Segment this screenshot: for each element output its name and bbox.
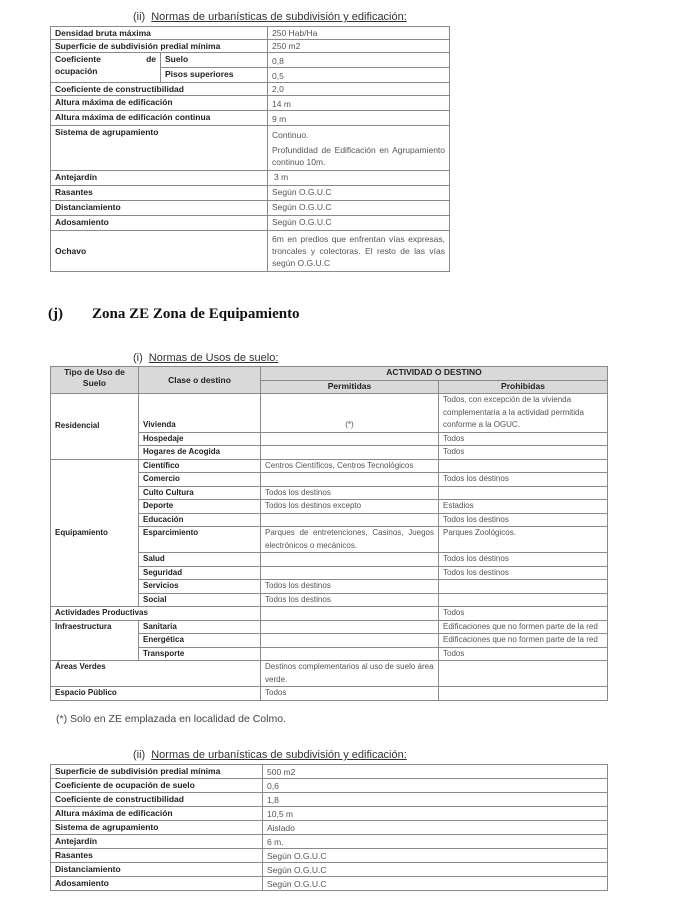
prohibidas-cell: Todos xyxy=(439,446,608,460)
footnote: (*) Solo en ZE emplazada en localidad de… xyxy=(56,713,286,725)
table-row: Equipamiento Científico Centros Científi… xyxy=(51,459,608,473)
permitidas-cell xyxy=(261,473,439,487)
row-value: 14 m xyxy=(268,96,450,111)
clase-cell: Científico xyxy=(139,459,261,473)
permitidas-cell: Centros Científicos, Centros Tecnológico… xyxy=(261,459,439,473)
table-row: Antejardín6 m. xyxy=(51,835,608,849)
sub-label: Suelo xyxy=(161,53,268,68)
value-line: Continuo. xyxy=(272,129,445,141)
section1-caption-num: (ii) xyxy=(133,11,145,23)
clase-cell: Hogares de Acogida xyxy=(139,446,261,460)
row-value: 10,5 m xyxy=(263,807,608,821)
prohibidas-cell xyxy=(439,580,608,594)
row-label: Coeficiente de constructibilidad xyxy=(51,83,268,96)
row-label: Superficie de subdivisión predial mínima xyxy=(51,765,263,779)
section3-caption: (ii)Normas de urbanísticas de subdivisió… xyxy=(133,749,407,761)
permitidas-cell: Todos los destinos xyxy=(261,486,439,500)
clase-cell: Esparcimiento xyxy=(139,527,261,553)
row-label: Distanciamiento xyxy=(51,863,263,877)
table-row: Coeficiente de ocupación Suelo 0,8 xyxy=(51,53,450,68)
section2-caption: (i)Normas de Usos de suelo: xyxy=(133,352,278,364)
table-row: Infraestructura Sanitaria Edificaciones … xyxy=(51,620,608,634)
table-row: Superficie de subdivisión predial mínima… xyxy=(51,40,450,53)
prohibidas-cell: Todos xyxy=(439,432,608,446)
table-row: Altura máxima de edificación 14 m xyxy=(51,96,450,111)
row-value: Según O.G.U.C xyxy=(268,216,450,231)
prohibidas-cell: Todos los destinos xyxy=(439,473,608,487)
prohibidas-cell: Edificaciones que no formen parte de la … xyxy=(439,634,608,648)
row-label: Coeficiente de ocupación de suelo xyxy=(51,779,263,793)
table-row: Ochavo 6m en predios que enfrentan vías … xyxy=(51,231,450,272)
table-row: DistanciamientoSegún O.G.U.C xyxy=(51,863,608,877)
row-label: Rasantes xyxy=(51,849,263,863)
row-label: Antejardín xyxy=(51,171,268,186)
zone-heading: (j)Zona ZE Zona de Equipamiento xyxy=(48,306,300,323)
group-infraestructura: Infraestructura xyxy=(51,620,139,661)
row-value: Según O.G.U.C xyxy=(263,863,608,877)
permitidas-cell: Todos los destinos xyxy=(261,580,439,594)
group-espacio-publico: Espacio Público xyxy=(51,687,261,701)
row-value: Según O.G.U.C xyxy=(268,186,450,201)
table-row: Espacio Público Todos xyxy=(51,687,608,701)
permitidas-cell: (*) xyxy=(261,394,439,433)
permitidas-cell xyxy=(261,620,439,634)
section2-caption-text: Normas de Usos de suelo: xyxy=(149,352,279,364)
row-label: Coeficiente de constructibilidad xyxy=(51,793,263,807)
permitidas-cell: Todos los destinos excepto xyxy=(261,500,439,514)
prohibidas-cell: Todos xyxy=(439,647,608,661)
prohibidas-cell: Todos los destinos xyxy=(439,513,608,527)
zone-heading-tag: (j) xyxy=(48,306,92,323)
section3-caption-num: (ii) xyxy=(133,749,145,761)
clase-cell: Servicios xyxy=(139,580,261,594)
permitidas-cell xyxy=(261,446,439,460)
permitidas-cell xyxy=(261,553,439,567)
row-value: Aislado xyxy=(263,821,608,835)
group-areas-verdes: Áreas Verdes xyxy=(51,661,261,687)
clase-cell: Seguridad xyxy=(139,566,261,580)
table-row: AdosamientoSegún O.G.U.C xyxy=(51,877,608,891)
prohibidas-cell xyxy=(439,687,608,701)
prohibidas-cell xyxy=(439,486,608,500)
permitidas-cell: Destinos complementarios al uso de suelo… xyxy=(261,661,439,687)
prohibidas-cell xyxy=(439,661,608,687)
row-label: Sistema de agrupamiento xyxy=(51,821,263,835)
prohibidas-cell xyxy=(439,459,608,473)
table-row: Distanciamiento Según O.G.U.C xyxy=(51,201,450,216)
header-row: Tipo de Uso de Suelo Clase o destino ACT… xyxy=(51,367,608,381)
prohibidas-cell: Todos los destinos xyxy=(439,553,608,567)
row-value: Según O.G.U.C xyxy=(263,877,608,891)
row-value: 1,8 xyxy=(263,793,608,807)
section1-caption-text: Normas de urbanísticas de subdivisión y … xyxy=(151,11,407,23)
table-row: Coeficiente de constructibilidad1,8 xyxy=(51,793,608,807)
prohibidas-cell: Todos xyxy=(439,607,608,621)
permitidas-cell: Parques de entretenciones, Casinos, Jueg… xyxy=(261,527,439,553)
prohibidas-cell: Todos los destinos xyxy=(439,566,608,580)
group-actividades-productivas: Actividades Productivas xyxy=(51,607,261,621)
prohibidas-cell: Parques Zoológicos. xyxy=(439,527,608,553)
clase-cell: Social xyxy=(139,593,261,607)
row-value: Según O.G.U.C xyxy=(263,849,608,863)
row-label: Altura máxima de edificación xyxy=(51,807,263,821)
permitidas-cell: Todos xyxy=(261,687,439,701)
row-label: Sistema de agrupamiento xyxy=(51,126,268,171)
header-prohibidas: Prohibidas xyxy=(439,380,608,394)
table-row: Sistema de agrupamiento Continuo. Profun… xyxy=(51,126,450,171)
table-row: Coeficiente de constructibilidad 2,0 xyxy=(51,83,450,96)
row-value: 250 Hab/Ha xyxy=(268,27,450,40)
section1-caption: (ii)Normas de urbanísticas de subdivisió… xyxy=(133,11,407,23)
row-label: Adosamiento xyxy=(51,877,263,891)
section3-caption-text: Normas de urbanísticas de subdivisión y … xyxy=(151,749,407,761)
clase-cell: Culto Cultura xyxy=(139,486,261,500)
header-clase: Clase o destino xyxy=(139,367,261,394)
group-residencial: Residencial xyxy=(51,394,139,460)
clase-cell: Sanitaria xyxy=(139,620,261,634)
permitidas-cell xyxy=(261,634,439,648)
row-value: 0,6 xyxy=(263,779,608,793)
table-row: Actividades Productivas Todos xyxy=(51,607,608,621)
clase-cell: Educación xyxy=(139,513,261,527)
row-value: 6m en predios que enfrentan vías expresa… xyxy=(268,231,450,272)
row-value: 250 m2 xyxy=(268,40,450,53)
clase-cell: Hospedaje xyxy=(139,432,261,446)
table-row: Densidad bruta máxima 250 Hab/Ha xyxy=(51,27,450,40)
row-label: Altura máxima de edificación xyxy=(51,96,268,111)
header-permitidas: Permitidas xyxy=(261,380,439,394)
permitidas-cell xyxy=(261,513,439,527)
table-row: RasantesSegún O.G.U.C xyxy=(51,849,608,863)
row-value: Continuo. Profundidad de Edificación en … xyxy=(268,126,450,171)
prohibidas-cell: Estadios xyxy=(439,500,608,514)
row-label: Ochavo xyxy=(51,231,268,272)
table-row: Coeficiente de ocupación de suelo0,6 xyxy=(51,779,608,793)
sub-label: Pisos superiores xyxy=(161,68,268,83)
prohibidas-cell: Todos, con excepción de la vivienda comp… xyxy=(439,394,608,433)
permitidas-cell xyxy=(261,647,439,661)
permitidas-cell xyxy=(261,566,439,580)
row-value: 3 m xyxy=(268,171,450,186)
table-row: Superficie de subdivisión predial mínima… xyxy=(51,765,608,779)
row-value: 6 m. xyxy=(263,835,608,849)
urban-norms-table-2: Superficie de subdivisión predial mínima… xyxy=(50,764,608,891)
table-row: Áreas Verdes Destinos complementarios al… xyxy=(51,661,608,687)
permitidas-cell: Todos los destinos xyxy=(261,593,439,607)
table-row: Adosamiento Según O.G.U.C xyxy=(51,216,450,231)
row-value: Según O.G.U.C xyxy=(268,201,450,216)
header-tipo: Tipo de Uso de Suelo xyxy=(51,367,139,394)
prohibidas-cell: Edificaciones que no formen parte de la … xyxy=(439,620,608,634)
header-actividad: ACTIVIDAD O DESTINO xyxy=(261,367,608,381)
clase-cell: Deporte xyxy=(139,500,261,514)
permitidas-cell xyxy=(261,432,439,446)
table-row: Antejardín 3 m xyxy=(51,171,450,186)
row-label: Densidad bruta máxima xyxy=(51,27,268,40)
row-label: Coeficiente de ocupación xyxy=(51,53,161,83)
table-row: Altura máxima de edificación continua 9 … xyxy=(51,111,450,126)
row-value: 9 m xyxy=(268,111,450,126)
row-label: Distanciamiento xyxy=(51,201,268,216)
table-row: Rasantes Según O.G.U.C xyxy=(51,186,450,201)
prohibidas-cell xyxy=(439,593,608,607)
section2-caption-num: (i) xyxy=(133,352,143,364)
clase-cell: Vivienda xyxy=(139,394,261,433)
row-label: Adosamiento xyxy=(51,216,268,231)
clase-cell: Energética xyxy=(139,634,261,648)
clase-cell: Transporte xyxy=(139,647,261,661)
row-value: 0,5 xyxy=(268,68,450,83)
value-line: Profundidad de Edificación en Agrupamien… xyxy=(272,144,445,168)
row-value: 500 m2 xyxy=(263,765,608,779)
land-use-table: Tipo de Uso de Suelo Clase o destino ACT… xyxy=(50,366,608,701)
urban-norms-table-1: Densidad bruta máxima 250 Hab/Ha Superfi… xyxy=(50,26,450,272)
row-value: 2,0 xyxy=(268,83,450,96)
row-label: Altura máxima de edificación continua xyxy=(51,111,268,126)
group-equipamiento: Equipamiento xyxy=(51,459,139,607)
row-value: 0,8 xyxy=(268,53,450,68)
table-row: Altura máxima de edificación10,5 m xyxy=(51,807,608,821)
clase-cell: Salud xyxy=(139,553,261,567)
clase-cell: Comercio xyxy=(139,473,261,487)
row-label: Superficie de subdivisión predial mínima xyxy=(51,40,268,53)
zone-heading-title: Zona ZE Zona de Equipamiento xyxy=(92,306,300,322)
permitidas-cell xyxy=(261,607,439,621)
row-label: Rasantes xyxy=(51,186,268,201)
row-label: Antejardín xyxy=(51,835,263,849)
table-row: Sistema de agrupamientoAislado xyxy=(51,821,608,835)
table-row: Residencial Vivienda (*) Todos, con exce… xyxy=(51,394,608,433)
